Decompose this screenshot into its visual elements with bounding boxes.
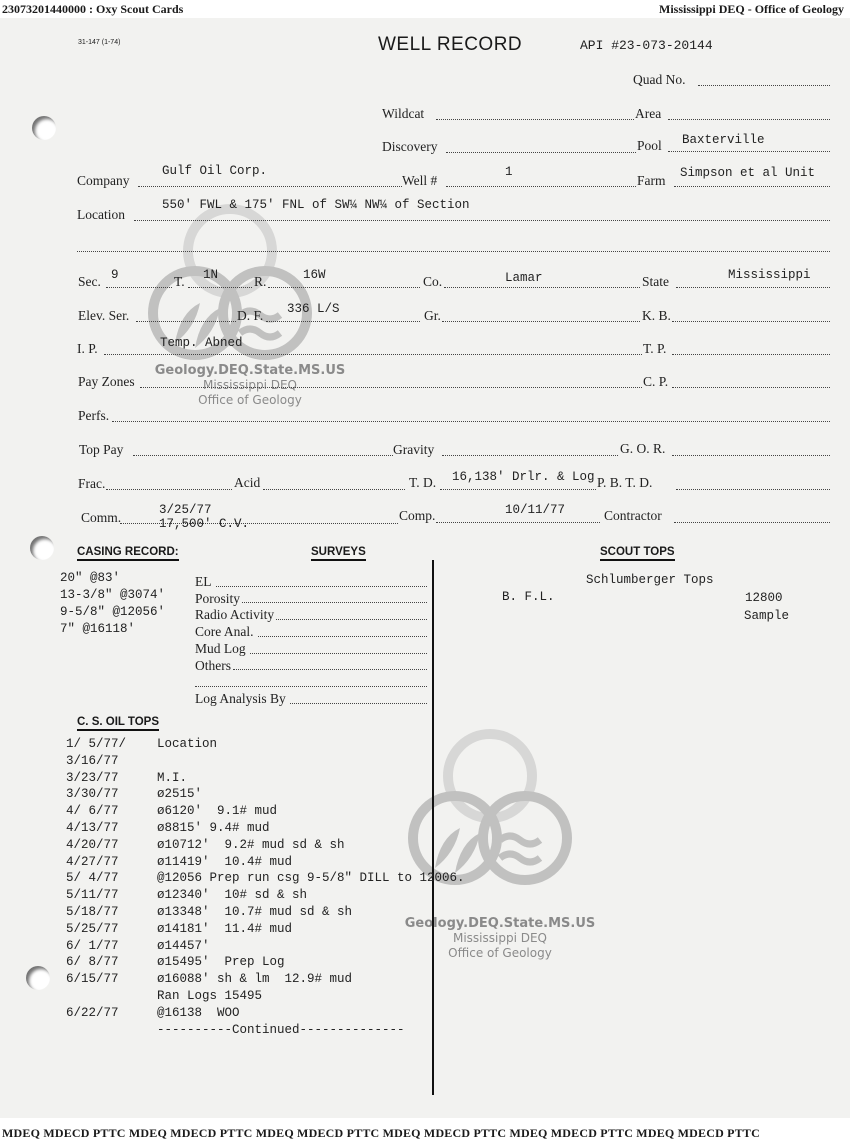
value-company: Gulf Oil Corp. xyxy=(162,164,267,178)
cs-oil-tops-heading: C. S. OIL TOPS xyxy=(77,716,159,731)
label-r: R. xyxy=(254,274,266,290)
label-frac: Frac. xyxy=(78,476,105,492)
punch-hole-icon xyxy=(26,966,50,990)
field-elev-ser xyxy=(136,321,236,322)
field-farm xyxy=(674,186,830,187)
label-pbtd: P. B. T. D. xyxy=(597,475,652,491)
log-row: 6/ 8/77ø15495' Prep Log xyxy=(66,954,465,971)
field-contractor xyxy=(674,522,830,523)
log-row: 5/ 4/77@12056 Prep run csg 9-5/8" DILL t… xyxy=(66,870,465,887)
label-top-pay: Top Pay xyxy=(79,442,123,458)
surveys-list: EL Porosity Radio Activity Core Anal. Mu… xyxy=(195,574,427,708)
cs-oil-tops-log: 1/ 5/77/Location 3/16/77 3/23/77M.I. 3/3… xyxy=(66,736,465,1038)
value-farm: Simpson et al Unit xyxy=(680,166,815,180)
field-t xyxy=(188,287,252,288)
label-comm: Comm. xyxy=(81,510,121,526)
label-wildcat: Wildcat xyxy=(382,106,424,122)
field-sec xyxy=(106,287,172,288)
field-discovery xyxy=(446,152,636,153)
log-row: 4/27/77ø11419' 10.4# mud xyxy=(66,854,465,871)
form-code: 31-147 (1-74) xyxy=(78,39,120,46)
log-row: 5/18/77ø13348' 10.7# mud sd & sh xyxy=(66,904,465,921)
label-t: T. xyxy=(174,274,185,290)
field-kb xyxy=(672,321,830,322)
log-row: 6/22/77@16138 WOO xyxy=(66,1005,465,1022)
field-quad-no xyxy=(698,85,830,86)
label-location: Location xyxy=(77,207,125,223)
field-pbtd xyxy=(676,489,830,490)
value-well-no: 1 xyxy=(505,165,513,179)
label-elev-ser: Elev. Ser. xyxy=(78,308,129,324)
log-row: 5/25/77ø14181' 11.4# mud xyxy=(66,921,465,938)
label-farm: Farm xyxy=(637,173,666,189)
label-acid: Acid xyxy=(234,475,260,491)
survey-item: Mud Log xyxy=(195,641,427,658)
mdeq-watermark-logo-icon xyxy=(140,203,320,388)
casing-item: 7" @16118' xyxy=(60,621,165,638)
value-sec: 9 xyxy=(111,268,119,282)
document-footer: MDEQ MDECD PTTC MDEQ MDECD PTTC MDEQ MDE… xyxy=(0,1126,850,1143)
label-state: State xyxy=(642,274,669,290)
label-co: Co. xyxy=(423,274,442,290)
log-row: 3/30/77ø2515' xyxy=(66,786,465,803)
document-header: 23073201440000 : Oxy Scout Cards Mississ… xyxy=(0,0,850,18)
survey-item-blank xyxy=(195,674,427,691)
label-pool: Pool xyxy=(637,138,662,154)
log-row: 6/15/77ø16088' sh & lm 12.9# mud xyxy=(66,971,465,988)
value-co: Lamar xyxy=(505,271,543,285)
label-comp: Comp. xyxy=(399,508,435,524)
scout-top-depth: 12800 xyxy=(745,591,783,605)
surveys-heading: SURVEYS xyxy=(311,546,366,561)
survey-item: EL xyxy=(195,574,427,591)
scanned-well-record-card: Geology.DEQ.State.MS.US Mississippi DEQ … xyxy=(0,18,850,1118)
field-state xyxy=(676,287,830,288)
log-row: 1/ 5/77/Location xyxy=(66,736,465,753)
value-df: 336 L/S xyxy=(287,302,340,316)
casing-record-list: 20" @83' 13-3/8" @3074' 9-5/8" @12056' 7… xyxy=(60,570,165,638)
header-agency: Mississippi DEQ - Office of Geology xyxy=(659,2,844,17)
label-df: D. F. xyxy=(237,308,263,324)
header-record-id: 23073201440000 : Oxy Scout Cards xyxy=(2,2,183,17)
label-sec: Sec. xyxy=(78,274,101,290)
label-perfs: Perfs. xyxy=(78,408,109,424)
log-continued: ----------Continued-------------- xyxy=(66,1022,465,1039)
field-wildcat xyxy=(436,119,634,120)
casing-item: 9-5/8" @12056' xyxy=(60,604,165,621)
log-row: 4/13/77ø8815' 9.4# mud xyxy=(66,820,465,837)
field-perfs xyxy=(112,421,830,422)
field-td xyxy=(440,489,596,490)
scout-top-name: B. F.L. xyxy=(502,590,555,604)
label-gor: G. O. R. xyxy=(620,441,665,457)
label-gravity: Gravity xyxy=(393,442,434,458)
log-row: 4/ 6/77ø6120' 9.1# mud xyxy=(66,803,465,820)
field-ip xyxy=(104,354,642,355)
field-tp xyxy=(672,354,830,355)
label-ip: I. P. xyxy=(77,341,98,357)
field-acid xyxy=(263,489,405,490)
label-company: Company xyxy=(77,173,130,189)
label-cp: C. P. xyxy=(643,374,668,390)
log-row: 4/20/77ø10712' 9.2# mud sd & sh xyxy=(66,837,465,854)
watermark-text: Geology.DEQ.State.MS.US Mississippi DEQ … xyxy=(150,363,350,408)
survey-item: Log Analysis By xyxy=(195,691,427,708)
log-row: 3/16/77 xyxy=(66,753,465,770)
field-top-pay xyxy=(133,455,393,456)
card-title: WELL RECORD xyxy=(378,34,522,56)
log-row: 6/ 1/77ø14457' xyxy=(66,938,465,955)
field-company xyxy=(138,186,402,187)
casing-item: 13-3/8" @3074' xyxy=(60,587,165,604)
survey-item: Radio Activity xyxy=(195,607,427,624)
field-location-line2 xyxy=(77,251,830,252)
label-gr: Gr. xyxy=(424,308,441,324)
label-quad-no: Quad No. xyxy=(633,72,686,88)
field-gravity xyxy=(442,455,618,456)
scout-tops-subheading: Schlumberger Tops xyxy=(586,573,714,587)
punch-hole-icon xyxy=(32,116,56,140)
casing-item: 20" @83' xyxy=(60,570,165,587)
field-df xyxy=(266,321,420,322)
field-r xyxy=(268,287,420,288)
field-gr xyxy=(442,321,640,322)
label-tp: T. P. xyxy=(643,341,666,357)
punch-hole-icon xyxy=(30,536,54,560)
scout-tops-heading: SCOUT TOPS xyxy=(600,546,675,561)
api-number: API #23-073-20144 xyxy=(580,38,713,53)
value-comp: 10/11/77 xyxy=(505,503,565,517)
field-gor xyxy=(672,455,830,456)
label-td: T. D. xyxy=(409,475,436,491)
field-cp xyxy=(672,387,830,388)
field-comp xyxy=(436,522,600,523)
scout-top-note: Sample xyxy=(744,609,789,623)
log-row: 3/23/77M.I. xyxy=(66,770,465,787)
value-state: Mississippi xyxy=(728,268,811,282)
log-row: 5/11/77ø12340' 10# sd & sh xyxy=(66,887,465,904)
label-area: Area xyxy=(635,106,661,122)
value-ip: Temp. Abned xyxy=(160,336,243,350)
survey-item: Others xyxy=(195,658,427,675)
label-pay-zones: Pay Zones xyxy=(78,374,135,390)
label-well-no: Well # xyxy=(402,173,437,189)
field-pay-zones xyxy=(140,387,642,388)
field-well-no xyxy=(446,186,636,187)
value-comm: 3/25/77 xyxy=(159,503,212,517)
value-comm-cv: 17,500' C.V. xyxy=(159,517,249,531)
value-r: 16W xyxy=(303,268,326,282)
field-pool xyxy=(668,151,830,152)
value-pool: Baxterville xyxy=(682,133,765,147)
value-td: 16,138' Drlr. & Log xyxy=(452,470,595,484)
label-discovery: Discovery xyxy=(382,139,437,155)
label-contractor: Contractor xyxy=(604,508,662,524)
field-frac xyxy=(106,489,232,490)
field-location xyxy=(134,220,830,221)
field-area xyxy=(668,119,830,120)
casing-record-heading: CASING RECORD: xyxy=(77,546,179,561)
survey-item: Porosity xyxy=(195,591,427,608)
field-co xyxy=(444,287,640,288)
value-t: 1N xyxy=(203,268,218,282)
log-row: Ran Logs 15495 xyxy=(66,988,465,1005)
label-kb: K. B. xyxy=(642,308,671,324)
survey-item: Core Anal. xyxy=(195,624,427,641)
value-location: 550' FWL & 175' FNL of SW¼ NW¼ of Sectio… xyxy=(162,198,470,212)
